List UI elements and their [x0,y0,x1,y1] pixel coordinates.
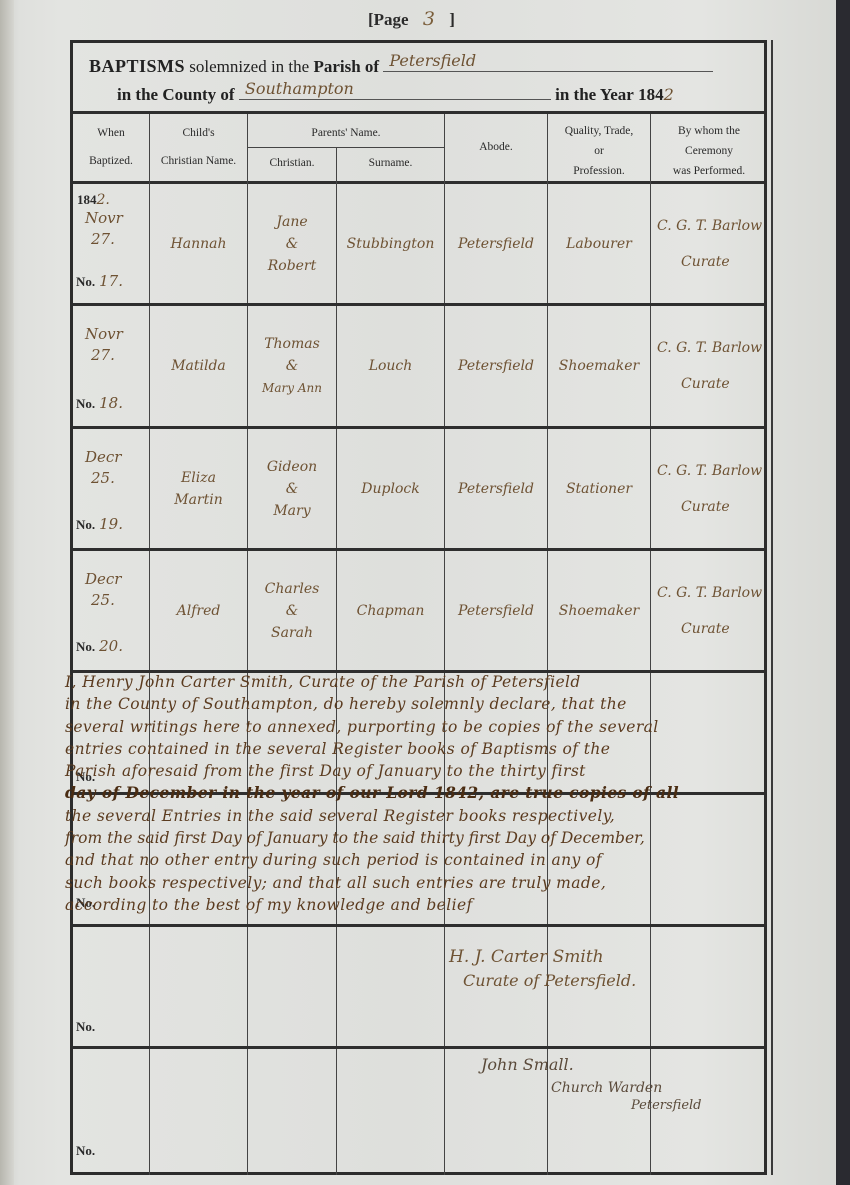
baptism-entry-18: Novr 27. No.18. Matilda Thomas & Mary An… [73,306,764,426]
parent-1: Jane [276,211,307,233]
entry-abode: Petersfield [445,184,547,303]
declaration-line: according to the best of my knowledge an… [65,894,850,916]
parent-amp: & [286,478,298,500]
parent-1: Gideon [267,456,317,478]
entry-child-name: Alfred [150,551,247,670]
entry-day: 25. [91,590,115,611]
churchwarden-signature: John Small. Church Warden Petersfield [481,1055,702,1113]
declaration-line: such books respectively; and that all su… [65,872,850,894]
entry-no-label: No. [76,396,95,411]
declaration-line: Parish aforesaid from the first Day of J… [65,760,850,782]
entry-year-hand: 2. [97,192,110,208]
officiant-name: C. G. T. Barlow [657,582,762,604]
entry-surname: Louch [337,306,444,426]
officiant-name: C. G. T. Barlow [657,460,762,482]
entry-quality: Shoemaker [548,551,650,670]
officiant-name: C. G. T. Barlow [657,215,762,237]
title-line-county: in the County of Southampton in the Year… [117,81,674,105]
header-quality-line1: Quality, Trade, [548,121,650,141]
book-edge-shadow [836,0,850,1185]
entry-day: 25. [91,468,115,489]
entry-child-name: Eliza Martin [150,429,247,548]
parents-subheader-rule [248,147,444,148]
title-line-parish: BAPTISMS solemnized in the Parish of Pet… [89,53,713,77]
parish-value: Petersfield [389,51,476,70]
parent-amp: & [286,233,298,255]
curate-signature: H. J. Carter Smith Curate of Petersfield… [449,947,636,990]
entry-no-value: 18. [99,394,123,412]
header-child-line2: Christian Name. [150,147,247,175]
officiant-title: Curate [681,618,730,640]
declaration-line: the several Entries in the said several … [65,805,850,827]
header-quality-line2: or [548,141,650,161]
entry-quality: Labourer [548,184,650,303]
parent-2: Sarah [271,622,313,644]
page-number-label: [Page 3 ] [368,8,455,30]
entry-parents-christian: Gideon & Mary [248,429,336,548]
header-quality: Quality, Trade, or Profession. [548,121,650,181]
entry-parents-christian: Charles & Sarah [248,551,336,670]
entry-child-name: Matilda [150,306,247,426]
page-prefix: [Page [368,10,409,29]
entry-number: No.17. [76,272,123,290]
frame-outer-rule [771,40,773,1175]
header-abode: Abode. [445,133,547,161]
register-page: [Page 3 ] BAPTISMS solemnized in the Par… [0,0,836,1185]
officiant-title: Curate [681,251,730,273]
register-frame: BAPTISMS solemnized in the Parish of Pet… [70,40,767,1175]
entry-officiant: C. G. T. Barlow Curate [651,184,773,303]
county-value: Southampton [245,79,354,98]
declaration-line: from the said first Day of January to th… [65,827,850,849]
page-suffix: ] [449,10,455,29]
curate-signature-title: Curate of Petersfield. [463,971,636,990]
entry-month: Decr [85,447,121,468]
entry-surname: Chapman [337,551,444,670]
parent-1: Thomas [264,333,320,355]
row-rule-6 [73,924,764,927]
churchwarden-title: Church Warden [551,1080,702,1096]
declaration-line: entries contained in the several Registe… [65,738,850,760]
header-parents-surname: Surname. [337,149,444,177]
title-parish-label: Parish of [313,57,379,76]
declaration-line: several writings here to annexed, purpor… [65,716,850,738]
entry-surname: Stubbington [337,184,444,303]
title-county-label: in the County of [117,85,235,104]
parent-2: Robert [268,255,317,277]
binding-shadow [0,0,14,1185]
header-when-baptized: When Baptized. [73,119,149,175]
entry-day: 27. [91,345,115,366]
entry-no-label: No. [76,517,95,532]
title-block: BAPTISMS solemnized in the Parish of Pet… [73,43,764,111]
header-parents-christian: Christian. [248,149,336,177]
header-quality-line3: Profession. [548,161,650,181]
baptism-entry-17: 1842. Novr 27. No.17. Hannah Jane & Robe… [73,184,764,303]
entry-surname: Duplock [337,429,444,548]
parent-amp: & [286,600,298,622]
entry-quality: Stationer [548,429,650,548]
officiant-name: C. G. T. Barlow [657,337,762,359]
title-year-printed: 184 [638,85,664,104]
curate-signature-name: H. J. Carter Smith [449,947,636,967]
churchwarden-place: Petersfield [631,1098,702,1113]
entry-month: Novr [85,208,123,229]
entry-abode: Petersfield [445,306,547,426]
title-year-label: in the Year [555,85,634,104]
entry-parents-christian: Thomas & Mary Ann [248,306,336,426]
declaration-line: day of December in the year of our Lord … [65,782,850,804]
entry-month: Decr [85,569,121,590]
county-field: Southampton [239,81,551,100]
entry-no-value: 17. [99,272,123,290]
baptism-entry-20: Decr 25. No.20. Alfred Charles & Sarah C… [73,551,764,670]
entry-officiant: C. G. T. Barlow Curate [651,306,773,426]
header-parents-group: Parents' Name. [248,119,444,147]
header-when-line2: Baptized. [73,147,149,175]
rule-under-title [73,111,764,114]
churchwarden-name: John Small. [481,1055,702,1074]
entry-child-name: Hannah [150,184,247,303]
empty-row-no-3: No. [76,1019,95,1035]
entry-number: No.20. [76,637,123,655]
header-child-name: Child's Christian Name. [150,119,247,175]
declaration-line: I, Henry John Carter Smith, Curate of th… [65,671,850,693]
parent-2: Mary [273,500,310,522]
entry-parents-christian: Jane & Robert [248,184,336,303]
empty-row-no-4: No. [76,1143,95,1159]
title-baptisms: BAPTISMS [89,56,185,76]
curate-declaration: I, Henry John Carter Smith, Curate of th… [65,671,850,916]
entry-number: No.18. [76,394,123,412]
entry-abode: Petersfield [445,551,547,670]
declaration-line: in the County of Southampton, do hereby … [65,693,850,715]
entry-quality: Shoemaker [548,306,650,426]
entry-month: Novr [85,324,123,345]
parent-1: Charles [265,578,320,600]
header-officiant-line2: Ceremony [651,141,767,161]
entry-abode: Petersfield [445,429,547,548]
entry-number: No.19. [76,515,123,533]
parent-amp: & [286,355,298,377]
officiant-title: Curate [681,496,730,518]
header-when-line1: When [73,119,149,147]
entry-year: 1842. [77,192,110,208]
title-year-handwritten: 2 [664,85,674,104]
parish-field: Petersfield [383,53,713,72]
officiant-title: Curate [681,373,730,395]
title-solemnized: solemnized in the [189,57,309,76]
entry-no-label: No. [76,639,95,654]
entry-no-value: 19. [99,515,123,533]
declaration-line: and that no other entry during such peri… [65,849,850,871]
entry-officiant: C. G. T. Barlow Curate [651,551,773,670]
entry-no-label: No. [76,274,95,289]
entry-day: 27. [91,229,115,250]
header-officiant-line3: was Performed. [651,161,767,181]
parent-2: Mary Ann [262,377,322,399]
baptism-entry-19: Decr 25. No.19. Eliza Martin Gideon & Ma… [73,429,764,548]
header-officiant-line1: By whom the [651,121,767,141]
page-number: 3 [423,8,435,30]
entry-no-value: 20. [99,637,123,655]
entry-year-printed: 184 [77,192,97,207]
header-child-line1: Child's [150,119,247,147]
row-rule-7 [73,1046,764,1049]
entry-officiant: C. G. T. Barlow Curate [651,429,773,548]
header-officiant: By whom the Ceremony was Performed. [651,121,767,181]
